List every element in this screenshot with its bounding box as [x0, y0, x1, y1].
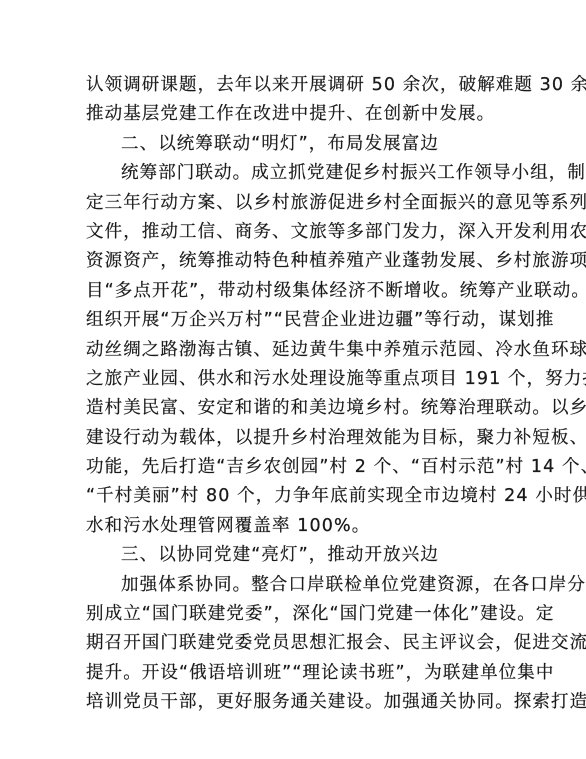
section-heading-2: 二、以统筹联动“明灯”，布局发展富边 — [86, 130, 496, 159]
section-heading-3: 三、以协同党建“亮灯”，推动开放兴边 — [86, 541, 496, 570]
paragraph-line: 推动基层党建工作在改进中提升、在创新中发展。 — [86, 100, 496, 129]
document-page: 认领调研课题，去年以来开展调研 50 余次，破解难题 30 余个， 推动基层党建… — [86, 71, 496, 718]
paragraph-line: 加强体系协同。整合口岸联检单位党建资源，在各口岸分 — [86, 571, 496, 600]
paragraph-line: 之旅产业园、供水和污水处理设施等重点项目 191 个，努力打 — [86, 365, 496, 394]
paragraph-line: 水和污水处理管网覆盖率 100%。 — [86, 512, 496, 541]
paragraph-line: 统筹部门联动。成立抓党建促乡村振兴工作领导小组，制 — [86, 159, 496, 188]
paragraph-line: 建设行动为载体，以提升乡村治理效能为目标，聚力补短板、强 — [86, 424, 496, 453]
paragraph-line: “千村美丽”村 80 个，力争年底前实现全市边境村 24 小时供 — [86, 482, 496, 511]
paragraph-line: 文件，推动工信、商务、文旅等多部门发力，深入开发利用农村 — [86, 218, 496, 247]
paragraph-line: 动丝绸之路渤海古镇、延边黄牛集中养殖示范园、冷水鱼环球 — [86, 336, 496, 365]
paragraph-line: 资源资产，统筹推动特色种植养殖产业蓬勃发展、乡村旅游项 — [86, 247, 496, 276]
paragraph-line: 提升。开设“俄语培训班”“理论读书班”，为联建单位集中 — [86, 659, 496, 688]
paragraph-line: 别成立“国门联建党委”，深化“国门党建一体化”建设。定 — [86, 600, 496, 629]
paragraph-line: 认领调研课题，去年以来开展调研 50 余次，破解难题 30 余个， — [86, 71, 496, 100]
paragraph-line: 定三年行动方案、以乡村旅游促进乡村全面振兴的意见等系列 — [86, 189, 496, 218]
paragraph-line: 功能，先后打造“吉乡农创园”村 2 个、“百村示范”村 14 个、 — [86, 453, 496, 482]
paragraph-line: 造村美民富、安定和谐的和美边境乡村。统筹治理联动。以乡村 — [86, 394, 496, 423]
paragraph-line: 目“多点开花”，带动村级集体经济不断增收。统筹产业联动。 — [86, 277, 496, 306]
paragraph-line: 组织开展“万企兴万村”“民营企业进边疆”等行动，谋划推 — [86, 306, 496, 335]
paragraph-line: 期召开国门联建党委党员思想汇报会、民主评议会，促进交流 — [86, 629, 496, 658]
paragraph-line: 培训党员干部，更好服务通关建设。加强通关协同。探索打造智 — [86, 688, 496, 717]
